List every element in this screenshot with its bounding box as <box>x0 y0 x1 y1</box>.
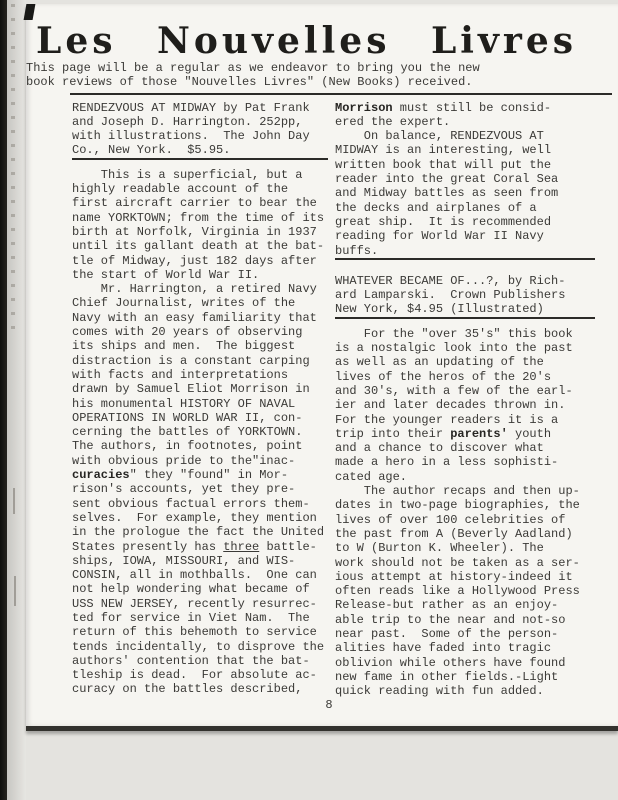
staple-mark <box>14 576 16 606</box>
right-column: Morrison must still be consid- ered the … <box>335 101 595 699</box>
book2-citation: WHATEVER BECAME OF...?, by Rich- ard Lam… <box>335 274 595 317</box>
book1-citation: RENDEZVOUS AT MIDWAY by Pat Frank and Jo… <box>72 101 328 158</box>
page-title: Les Nouvelles Livres <box>36 21 618 61</box>
left-column: RENDEZVOUS AT MIDWAY by Pat Frank and Jo… <box>72 101 328 699</box>
review2-paragraph-1: For the "over 35's" this book is a nosta… <box>335 327 595 484</box>
page-number: 8 <box>26 698 618 712</box>
book2-citation-rule <box>335 317 595 319</box>
two-column-layout: RENDEZVOUS AT MIDWAY by Pat Frank and Jo… <box>72 101 618 699</box>
intro-text: This page will be a regular as we endeav… <box>26 61 618 90</box>
review2-paragraph-2: The author recaps and then up- dates in … <box>335 484 595 698</box>
review1-paragraph-2: Mr. Harrington, a retired Navy Chief Jou… <box>72 282 328 697</box>
book-spine-shadow <box>0 0 7 800</box>
review1-paragraph-1: This is a superficial, but a highly read… <box>72 168 328 282</box>
book1-citation-rule <box>72 158 328 160</box>
newsletter-page: Les Nouvelles Livres This page will be a… <box>26 4 618 731</box>
section-divider-rule <box>335 258 595 260</box>
page-edge-gutter <box>7 0 26 800</box>
header-rule <box>70 93 612 95</box>
review1-paragraph-continued: Morrison must still be consid- ered the … <box>335 101 595 258</box>
corner-ink-mark <box>24 4 36 20</box>
binding-stitch-marks <box>11 4 15 334</box>
staple-mark <box>13 488 15 514</box>
